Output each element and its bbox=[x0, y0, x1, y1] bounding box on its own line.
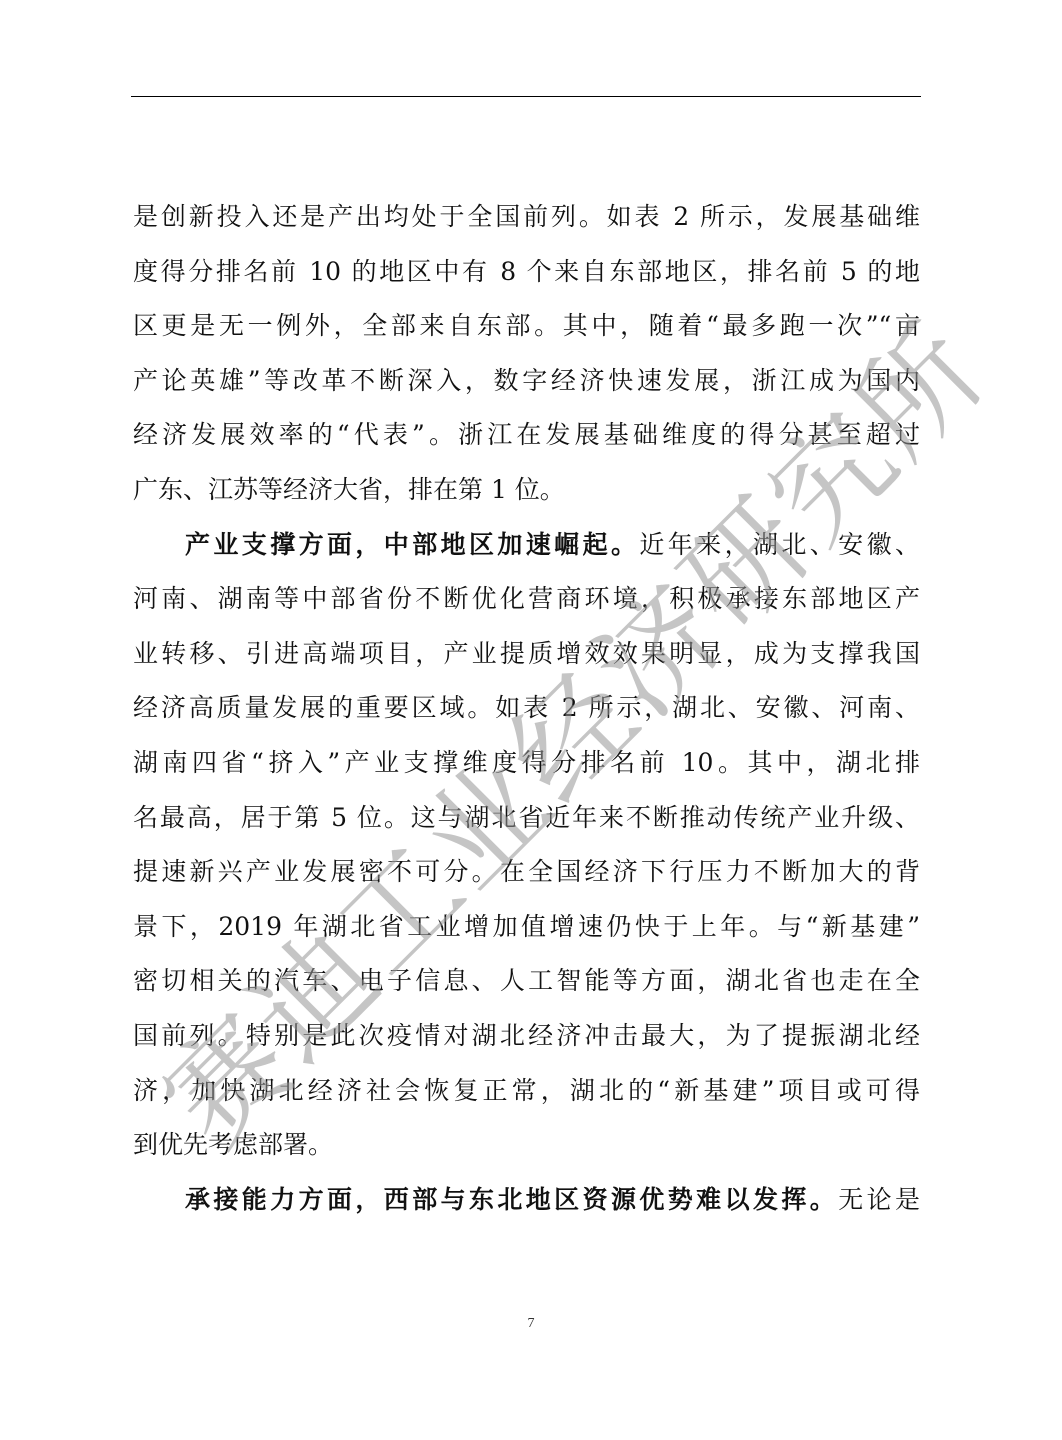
text-line: 济，加快湖北经济社会恢复正常，湖北的“新基建”项目或可得 bbox=[133, 1064, 920, 1119]
line-text: 经济高质量发展的重要区域。如表 2 所示，湖北、安徽、河南、 bbox=[133, 693, 920, 722]
paragraph-lead-heading: 产业支撑方面，中部地区加速崛起。 bbox=[185, 530, 639, 559]
text-line: 湖南四省“挤入”产业支撑维度得分排名前 10。其中，湖北排 bbox=[133, 736, 920, 791]
line-text: 湖南四省“挤入”产业支撑维度得分排名前 10。其中，湖北排 bbox=[133, 748, 920, 777]
line-text: 产论英雄”等改革不断深入，数字经济快速发展，浙江成为国内 bbox=[133, 366, 920, 395]
paragraph-3: 承接能力方面，西部与东北地区资源优势难以发挥。无论是 bbox=[133, 1173, 920, 1228]
line-text: 是创新投入还是产出均处于全国前列。如表 2 所示，发展基础维 bbox=[133, 202, 920, 231]
text-line: 承接能力方面，西部与东北地区资源优势难以发挥。无论是 bbox=[133, 1173, 920, 1228]
text-line: 是创新投入还是产出均处于全国前列。如表 2 所示，发展基础维 bbox=[133, 190, 920, 245]
line-text: 济，加快湖北经济社会恢复正常，湖北的“新基建”项目或可得 bbox=[133, 1076, 920, 1105]
line-text: 河南、湖南等中部省份不断优化营商环境，积极承接东部地区产 bbox=[133, 584, 920, 613]
text-line: 经济发展效率的“代表”。浙江在发展基础维度的得分甚至超过 bbox=[133, 408, 920, 463]
header-rule bbox=[131, 96, 921, 97]
text-line: 产业支撑方面，中部地区加速崛起。近年来，湖北、安徽、 bbox=[133, 518, 920, 573]
text-line: 河南、湖南等中部省份不断优化营商环境，积极承接东部地区产 bbox=[133, 572, 920, 627]
line-text: 到优先考虑部署。 bbox=[133, 1130, 333, 1159]
text-line: 产论英雄”等改革不断深入，数字经济快速发展，浙江成为国内 bbox=[133, 354, 920, 409]
line-text: 国前列。特别是此次疫情对湖北经济冲击最大，为了提振湖北经 bbox=[133, 1021, 920, 1050]
line-text: 近年来，湖北、安徽、 bbox=[639, 530, 920, 559]
line-text: 度得分排名前 10 的地区中有 8 个来自东部地区，排名前 5 的地 bbox=[133, 257, 920, 286]
line-text: 提速新兴产业发展密不可分。在全国经济下行压力不断加大的背 bbox=[133, 857, 920, 886]
line-text: 名最高，居于第 5 位。这与湖北省近年来不断推动传统产业升级、 bbox=[133, 803, 920, 832]
line-text: 密切相关的汽车、电子信息、人工智能等方面，湖北省也走在全 bbox=[133, 966, 920, 995]
line-text: 业转移、引进高端项目，产业提质增效效果明显，成为支撑我国 bbox=[133, 639, 920, 668]
text-line: 名最高，居于第 5 位。这与湖北省近年来不断推动传统产业升级、 bbox=[133, 791, 920, 846]
text-line: 密切相关的汽车、电子信息、人工智能等方面，湖北省也走在全 bbox=[133, 954, 920, 1009]
text-line: 到优先考虑部署。 bbox=[133, 1118, 920, 1173]
line-text: 广东、江苏等经济大省，排在第 1 位。 bbox=[133, 475, 565, 504]
line-text: 景下，2019 年湖北省工业增加值增速仍快于上年。与“新基建” bbox=[133, 912, 920, 941]
text-line: 景下，2019 年湖北省工业增加值增速仍快于上年。与“新基建” bbox=[133, 900, 920, 955]
paragraph-lead-heading: 承接能力方面，西部与东北地区资源优势难以发挥。 bbox=[185, 1185, 838, 1214]
text-line: 经济高质量发展的重要区域。如表 2 所示，湖北、安徽、河南、 bbox=[133, 681, 920, 736]
text-line: 区更是无一例外，全部来自东部。其中，随着“最多跑一次”“亩 bbox=[133, 299, 920, 354]
paragraph-1: 是创新投入还是产出均处于全国前列。如表 2 所示，发展基础维 度得分排名前 10… bbox=[133, 190, 920, 518]
text-line: 广东、江苏等经济大省，排在第 1 位。 bbox=[133, 463, 920, 518]
text-line: 提速新兴产业发展密不可分。在全国经济下行压力不断加大的背 bbox=[133, 845, 920, 900]
text-line: 国前列。特别是此次疫情对湖北经济冲击最大，为了提振湖北经 bbox=[133, 1009, 920, 1064]
page-number: 7 bbox=[0, 1316, 1062, 1332]
text-line: 业转移、引进高端项目，产业提质增效效果明显，成为支撑我国 bbox=[133, 627, 920, 682]
paragraph-2: 产业支撑方面，中部地区加速崛起。近年来，湖北、安徽、 河南、湖南等中部省份不断优… bbox=[133, 518, 920, 1173]
line-text: 经济发展效率的“代表”。浙江在发展基础维度的得分甚至超过 bbox=[133, 420, 920, 449]
line-text: 无论是 bbox=[838, 1185, 920, 1214]
line-text: 区更是无一例外，全部来自东部。其中，随着“最多跑一次”“亩 bbox=[133, 311, 920, 340]
page-body: 是创新投入还是产出均处于全国前列。如表 2 所示，发展基础维 度得分排名前 10… bbox=[133, 190, 920, 1227]
text-line: 度得分排名前 10 的地区中有 8 个来自东部地区，排名前 5 的地 bbox=[133, 245, 920, 300]
